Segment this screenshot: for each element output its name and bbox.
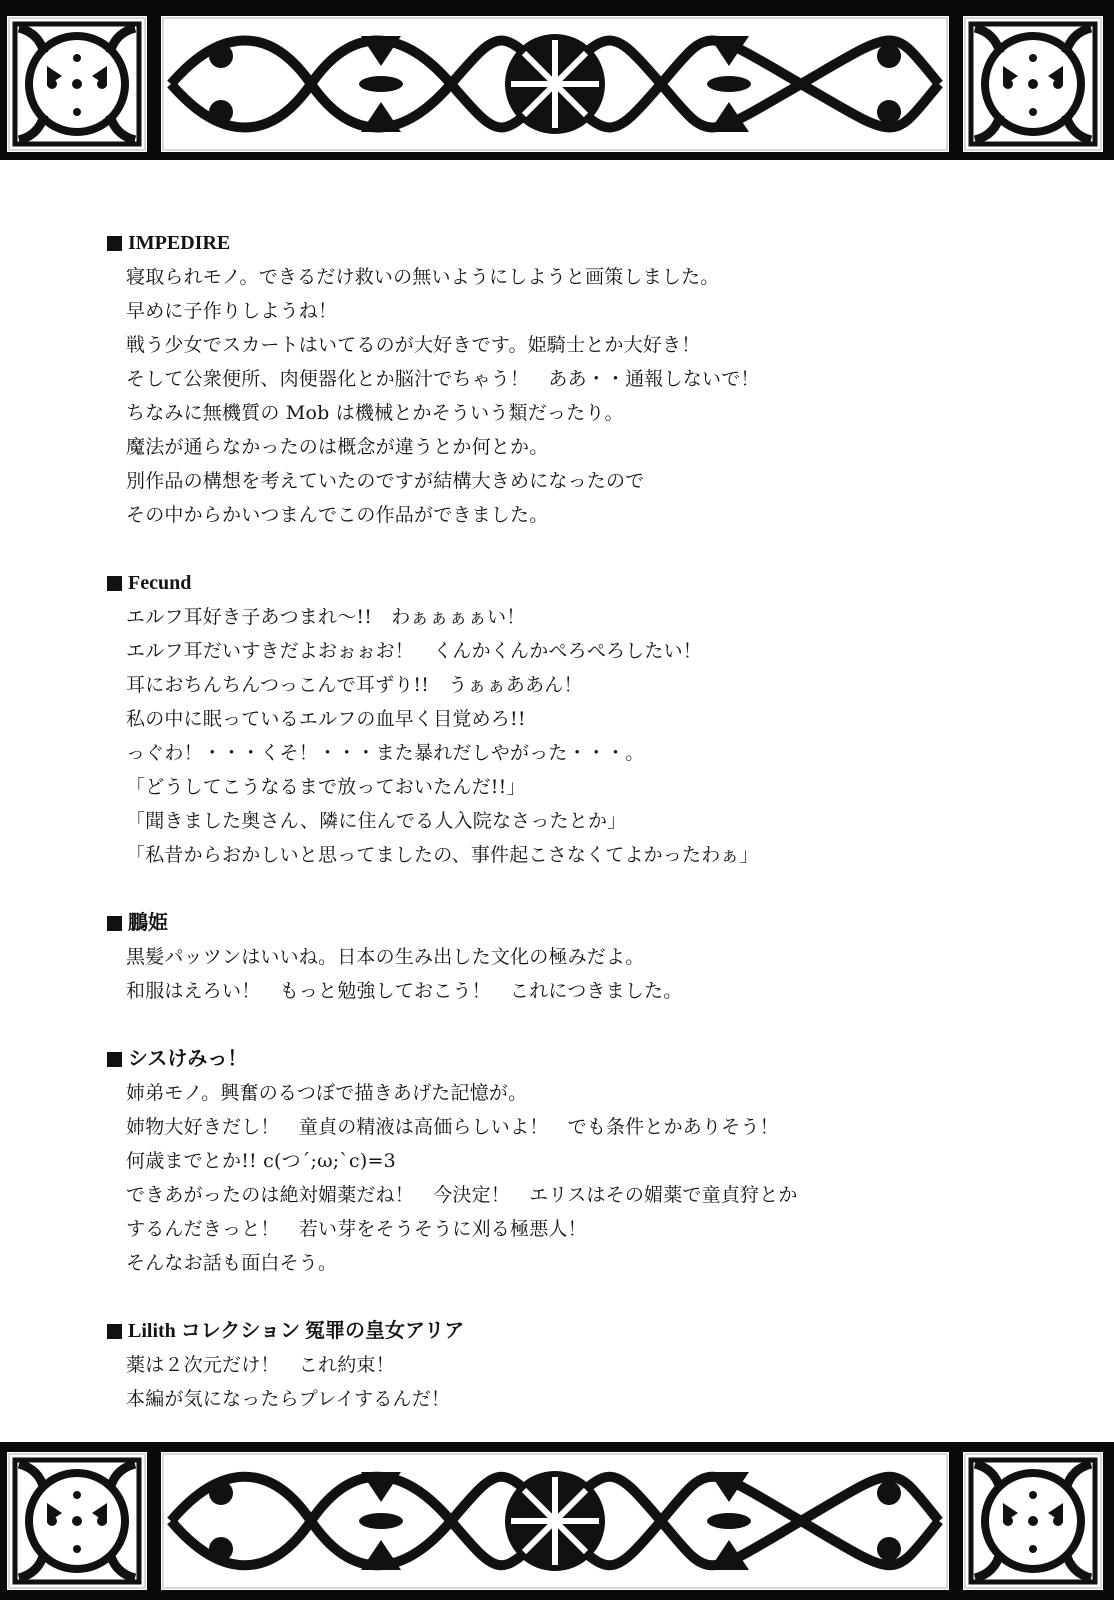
text-line: するんだきっと！ 若い芽をそうそうに刈る極悪人！ <box>107 1212 1007 1246</box>
text-line: 黒髪パッツンはいいね。日本の生み出した文化の極みだよ。 <box>107 940 1007 974</box>
text-line: 魔法が通らなかったのは概念が違うとか何とか。 <box>107 430 1007 464</box>
text-line: 姉弟モノ。興奮のるつぼで描きあげた記憶が。 <box>107 1076 1007 1110</box>
arabesque-ornament-icon <box>161 16 949 152</box>
section-title: Fecund <box>128 566 191 600</box>
text-line: 「聞きました奥さん、隣に住んでる人入院なさったとか」 <box>107 804 1007 838</box>
section-title: Lilith コレクション 冤罪の皇女アリア <box>128 1314 464 1348</box>
text-line: そんなお話も面白そう。 <box>107 1246 1007 1280</box>
text-line: ちなみに無機質の Mob は機械とかそういう類だったり。 <box>107 396 1007 430</box>
section-lilith-collection: Lilith コレクション 冤罪の皇女アリア 薬は２次元だけ！ これ約束！ 本編… <box>107 1314 1007 1416</box>
ornament-square-tile-right <box>961 1450 1105 1592</box>
section-heading: IMPEDIRE <box>107 226 1007 260</box>
ornament-banner-center <box>159 1450 951 1592</box>
text-line: 戦う少女でスカートはいてるのが大好きです。姫騎士とか大好き！ <box>107 328 1007 362</box>
text-line: 薬は２次元だけ！ これ約束！ <box>107 1348 1007 1382</box>
arabesque-ornament-icon <box>161 1452 949 1590</box>
text-line: 私の中に眠っているエルフの血早く目覚めろ!! <box>107 702 1007 736</box>
text-line: エルフ耳だいすきだよおぉぉお！ くんかくんかぺろぺろしたい！ <box>107 634 1007 668</box>
text-line: そして公衆便所、肉便器化とか脳汁でちゃう！ ああ・・通報しないで！ <box>107 362 1007 396</box>
text-line: 和服はえろい！ もっと勉強しておこう！ これにつきました。 <box>107 974 1007 1008</box>
text-line: エルフ耳好き子あつまれ～!! わぁぁぁぁい！ <box>107 600 1007 634</box>
rosette-ornament-icon <box>7 1452 147 1590</box>
text-line: 姉物大好きだし！ 童貞の精液は高価らしいよ！ でも条件とかありそう！ <box>107 1110 1007 1144</box>
section-heading: Fecund <box>107 566 1007 600</box>
afterword-content: IMPEDIRE 寝取られモノ。できるだけ救いの無いようにしようと画策しました。… <box>107 226 1007 1450</box>
text-line: 「私昔からおかしいと思ってましたの、事件起こさなくてよかったわぁ」 <box>107 838 1007 872</box>
section-title: 鵬姫 <box>128 906 168 940</box>
ornament-banner-center <box>159 14 951 154</box>
black-square-bullet-icon <box>107 236 122 251</box>
text-line: 本編が気になったらプレイするんだ！ <box>107 1382 1007 1416</box>
ornament-square-tile-right <box>961 14 1105 154</box>
black-square-bullet-icon <box>107 916 122 931</box>
text-line: 耳におちんちんつっこんで耳ずり!! うぁぁああん！ <box>107 668 1007 702</box>
text-line: 何歳までとか!! c(つ´;ω;`c)=3 <box>107 1144 1007 1178</box>
rosette-ornament-icon <box>963 16 1103 152</box>
section-impedire: IMPEDIRE 寝取られモノ。できるだけ救いの無いようにしようと画策しました。… <box>107 226 1007 532</box>
section-title: シスけみっ！ <box>128 1042 247 1076</box>
ornament-square-tile-left <box>5 1450 149 1592</box>
section-fecund: Fecund エルフ耳好き子あつまれ～!! わぁぁぁぁい！ エルフ耳だいすきだよ… <box>107 566 1007 872</box>
top-ornamental-border <box>0 0 1114 160</box>
text-line: その中からかいつまんでこの作品ができました。 <box>107 498 1007 532</box>
text-line: っぐわ！・・・くそ！・・・また暴れだしやがった・・・。 <box>107 736 1007 770</box>
black-square-bullet-icon <box>107 576 122 591</box>
section-heading: シスけみっ！ <box>107 1042 1007 1076</box>
rosette-ornament-icon <box>963 1452 1103 1590</box>
ornament-square-tile-left <box>5 14 149 154</box>
section-heading: 鵬姫 <box>107 906 1007 940</box>
section-heading: Lilith コレクション 冤罪の皇女アリア <box>107 1314 1007 1348</box>
black-square-bullet-icon <box>107 1052 122 1067</box>
text-line: 早めに子作りしようね！ <box>107 294 1007 328</box>
bottom-ornamental-border <box>0 1442 1114 1600</box>
text-line: できあがったのは絶対媚薬だね！ 今決定！ エリスはその媚薬で童貞狩とか <box>107 1178 1007 1212</box>
section-siskemi: シスけみっ！ 姉弟モノ。興奮のるつぼで描きあげた記憶が。 姉物大好きだし！ 童貞… <box>107 1042 1007 1280</box>
rosette-ornament-icon <box>7 16 147 152</box>
text-line: 「どうしてこうなるまで放っておいたんだ!!」 <box>107 770 1007 804</box>
black-square-bullet-icon <box>107 1324 122 1339</box>
text-line: 別作品の構想を考えていたのですが結構大きめになったので <box>107 464 1007 498</box>
section-hime: 鵬姫 黒髪パッツンはいいね。日本の生み出した文化の極みだよ。 和服はえろい！ も… <box>107 906 1007 1008</box>
section-title: IMPEDIRE <box>128 226 230 260</box>
text-line: 寝取られモノ。できるだけ救いの無いようにしようと画策しました。 <box>107 260 1007 294</box>
